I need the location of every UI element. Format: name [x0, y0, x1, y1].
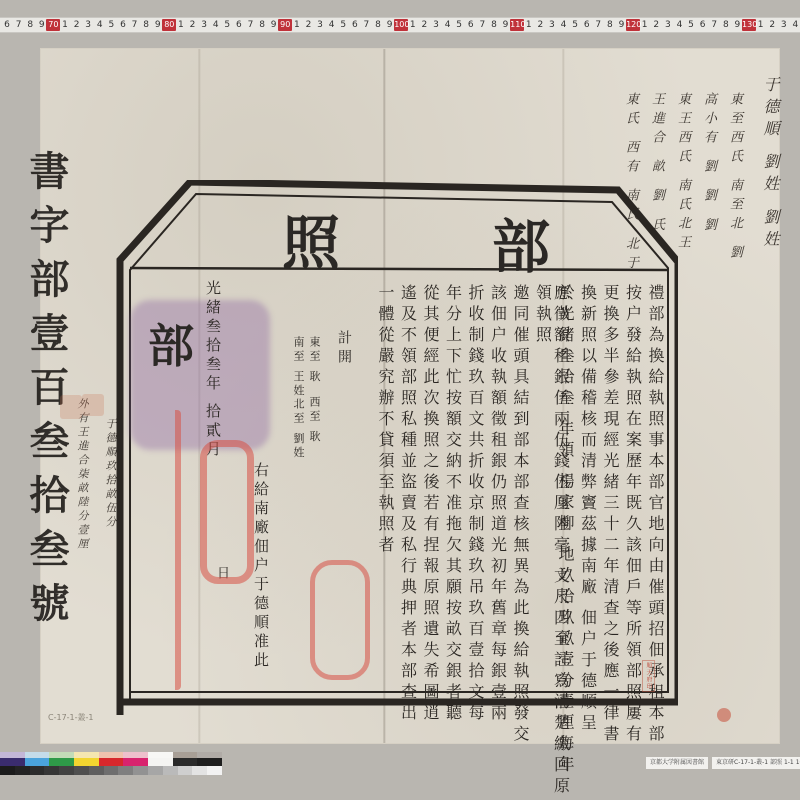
small-red-seal-icon	[60, 395, 82, 419]
left-margin-seal-text: 書字部壹百叁拾叁號	[24, 150, 68, 636]
color-calibration-chart	[0, 752, 222, 776]
trailing-number: 1000	[796, 759, 800, 766]
ruler-tick: 8	[721, 19, 731, 31]
color-swatch	[178, 766, 193, 775]
ruler-tick: 9	[732, 19, 742, 31]
deed-column: 邀同催頭具結到部本部查核無異為此換給執照發交	[511, 284, 529, 746]
ruler-tick: 6	[582, 19, 592, 31]
boundary-north: 北至 劉姓	[292, 398, 305, 461]
ruler-tick: 7	[14, 19, 24, 31]
color-swatch	[44, 766, 59, 775]
issue-date: 光緒叁拾叁年 拾貳月	[204, 280, 222, 460]
color-swatch	[104, 766, 119, 775]
ruler-tick: 8	[257, 19, 267, 31]
ruler-tick: 7	[593, 19, 603, 31]
recipient-line: 右給南廠佃户于德順准此	[252, 462, 270, 671]
red-brush-mark	[200, 440, 254, 584]
color-swatch	[30, 766, 45, 775]
ruler-tick: 2	[188, 19, 198, 31]
ruler-tick: 2	[419, 19, 429, 31]
ruler-tick: 6	[350, 19, 360, 31]
small-red-seal-icon	[82, 394, 104, 416]
seal-char-bu: 部	[148, 310, 194, 376]
ruler-tick: 5	[686, 19, 696, 31]
ruler-tick: 1	[524, 19, 534, 31]
color-swatch	[74, 758, 99, 766]
jikai-label: 計開	[335, 330, 353, 368]
ruler-tick: 7	[361, 19, 371, 31]
ruler-tick: 5	[222, 19, 232, 31]
ruler-major-tick: 110	[510, 19, 524, 31]
ruler-tick: 1	[60, 19, 70, 31]
deed-column: 應徵額租銀伍兩伍錢伍厘陸毫 文尺四至註寫清楚繳回原領執照	[534, 284, 570, 800]
ruler-tick: 3	[547, 19, 557, 31]
ruler-tick: 1	[292, 19, 302, 31]
ruler-major-tick: 90	[278, 19, 292, 31]
ruler-tick: 1	[640, 19, 650, 31]
color-swatch	[0, 766, 15, 775]
ruler-tick: 7	[709, 19, 719, 31]
deed-column: 換新照以備稽核而清弊竇茲據南廠 佃户于德順呈	[579, 284, 597, 735]
color-swatch	[207, 766, 222, 775]
ruler-tick: 4	[327, 19, 337, 31]
ruler-tick: 9	[501, 19, 511, 31]
ruler-tick: 8	[141, 19, 151, 31]
ruler-tick: 4	[95, 19, 105, 31]
deed-column: 一體從嚴究辦不貸須至執照者	[376, 284, 394, 557]
color-swatch	[148, 766, 163, 775]
measuring-ruler: 6789701234567898012345678990123456789100…	[0, 17, 800, 33]
red-ownership-seal-icon	[717, 708, 731, 722]
ruler-tick: 2	[535, 19, 545, 31]
title-char-zhao: 照	[282, 196, 340, 280]
ruler-tick: 9	[37, 19, 47, 31]
ruler-tick: 4	[559, 19, 569, 31]
ruler-tick: 1	[176, 19, 186, 31]
ruler-tick: 2	[767, 19, 777, 31]
left-annotation-2: 外有王進合柒畝陸分壹厘	[72, 398, 92, 552]
library-label: 京都大学附属図書館	[646, 757, 708, 769]
deed-column: 從其便經此次換照之後若有捏報原照遺失希圖逍	[421, 284, 439, 725]
color-swatch	[133, 766, 148, 775]
color-swatch	[89, 766, 104, 775]
ruler-tick: 3	[779, 19, 789, 31]
handwritten-boundary-note: 于德順 劉姓 劉姓	[760, 76, 780, 252]
ruler-tick: 7	[245, 19, 255, 31]
catalog-pencil-note: C-17-1-叢-1	[48, 712, 94, 723]
call-number: 東京研C-17-1-叢-1	[716, 759, 768, 766]
ruler-tick: 8	[25, 19, 35, 31]
color-swatch	[148, 758, 173, 766]
ruler-tick: 6	[234, 19, 244, 31]
call-number-label: 東京研C-17-1-叢-1 部照 1-1 1000	[712, 757, 800, 769]
color-swatch	[192, 766, 207, 775]
ruler-major-tick: 80	[162, 19, 176, 31]
color-swatch	[99, 758, 124, 766]
ruler-tick: 1	[408, 19, 418, 31]
ruler-tick: 1	[756, 19, 766, 31]
color-swatch	[49, 758, 74, 766]
color-swatch	[74, 766, 89, 775]
color-swatch	[118, 766, 133, 775]
ruler-tick: 6	[2, 19, 12, 31]
ruler-tick: 3	[663, 19, 673, 31]
boundary-east: 東至 耿	[308, 336, 321, 385]
color-swatch	[197, 758, 222, 766]
ruler-tick: 4	[443, 19, 453, 31]
ruler-tick: 7	[130, 19, 140, 31]
ruler-tick: 2	[651, 19, 661, 31]
handwritten-boundary-note: 高小有 劉 劉 劉	[698, 92, 718, 236]
ruler-tick: 6	[698, 19, 708, 31]
color-swatch	[0, 758, 25, 766]
ruler-tick: 8	[605, 19, 615, 31]
ruler-tick: 3	[315, 19, 325, 31]
ruler-tick: 7	[477, 19, 487, 31]
handwritten-boundary-note: 東至西氏 南至北 劉	[724, 92, 744, 264]
ruler-tick: 3	[199, 19, 209, 31]
ruler-tick: 2	[303, 19, 313, 31]
ruler-tick: 9	[153, 19, 163, 31]
color-swatch	[123, 758, 148, 766]
ruler-tick: 3	[431, 19, 441, 31]
ruler-tick: 4	[211, 19, 221, 31]
ruler-major-tick: 130	[742, 19, 756, 31]
ruler-tick: 2	[72, 19, 82, 31]
ruler-major-tick: 100	[394, 19, 408, 31]
ruler-tick: 5	[570, 19, 580, 31]
red-brush-mark	[165, 410, 181, 690]
small-stamp-text: 順天府印	[642, 660, 655, 692]
color-swatch	[173, 758, 198, 766]
ruler-tick: 5	[338, 19, 348, 31]
ruler-tick: 9	[385, 19, 395, 31]
deed-column: 按户發給執照在案歷年既久該佃戶等所領部照屢有	[624, 284, 642, 746]
ruler-tick: 9	[616, 19, 626, 31]
ruler-tick: 6	[118, 19, 128, 31]
boundary-south: 南至 王姓	[292, 336, 305, 399]
ruler-tick: 9	[269, 19, 279, 31]
deed-column: 年分上下忙按額交納不准拖欠其願按畝交銀者聽	[444, 284, 462, 725]
color-swatch	[25, 758, 50, 766]
deed-column: 該佃户收執額徵租銀仍照道光初年舊章每銀壹兩	[489, 284, 507, 725]
ruler-tick: 5	[106, 19, 116, 31]
deed-column: 更換多半參差現經光緒三十二年清查之後應一律書	[601, 284, 619, 746]
ruler-tick: 6	[466, 19, 476, 31]
ruler-tick: 5	[454, 19, 464, 31]
color-swatch	[59, 766, 74, 775]
red-brush-mark	[310, 560, 370, 680]
color-swatch	[15, 766, 30, 775]
boundary-west: 西至 耿	[308, 396, 321, 445]
color-swatch	[163, 766, 178, 775]
ruler-tick: 4	[674, 19, 684, 31]
deed-column: 遙及不領部照私種並盜賣及私行典押者本部查出	[399, 284, 417, 725]
ruler-tick: 4	[790, 19, 800, 31]
deed-column: 折收制錢玖百文共折收京制錢玖吊玖百壹拾文每	[466, 284, 484, 725]
ruler-major-tick: 120	[626, 19, 640, 31]
ruler-tick: 8	[489, 19, 499, 31]
ruler-tick: 8	[373, 19, 383, 31]
ruler-major-tick: 70	[46, 19, 60, 31]
ruler-tick: 3	[83, 19, 93, 31]
title-char-bu: 部	[492, 200, 550, 284]
section-label: 部照 1-1	[770, 759, 794, 766]
